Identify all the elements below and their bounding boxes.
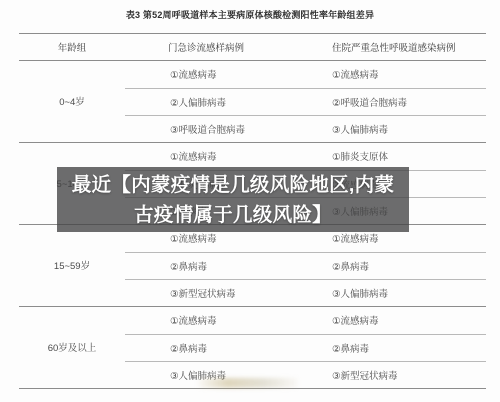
table-title: 表3 第52周呼吸道样本主要病原体核酸检测阳性率年龄组差异 — [0, 8, 500, 21]
headline-overlay-banner: 最近【内蒙疫情是几级风险地区,内蒙 古疫情属于几级风险】 — [57, 167, 409, 232]
inpatient-pathogen-cell: ③新型冠状病毒 — [330, 361, 486, 388]
inpatient-pathogen-cell: ①流感病毒 — [330, 61, 486, 88]
outpatient-pathogen-cell: ③呼吸道合胞病毒 — [125, 115, 330, 142]
header-outpatient-cases: 门急诊流感样病例 — [125, 40, 330, 54]
age-group-cell: 0~4岁 — [19, 61, 125, 142]
age-group-row: 0~4岁①流感病毒①流感病毒②人偏肺病毒②呼吸道合胞病毒③呼吸道合胞病毒③人偏肺… — [19, 61, 486, 143]
screenshot-stage: 表3 第52周呼吸道样本主要病原体核酸检测阳性率年龄组差异 年龄组 门急诊流感样… — [0, 0, 500, 402]
outpatient-pathogen-cell: ②鼻病毒 — [125, 334, 330, 361]
inpatient-pathogen-cell: ①肺炎支原体 — [330, 143, 486, 170]
outpatient-pathogen-cell: ②人偏肺病毒 — [125, 88, 330, 115]
inpatient-pathogen-cell: ②鼻病毒 — [330, 252, 486, 279]
inpatient-pathogen-cell: ②鼻病毒 — [330, 334, 486, 361]
outpatient-pathogen-cell: ③人偏肺病毒 — [125, 361, 330, 388]
headline-line-1: 最近【内蒙疫情是几级风险地区,内蒙 — [72, 170, 395, 200]
header-inpatient-cases: 住院严重急性呼吸道感染病例 — [330, 40, 486, 54]
inpatient-pathogen-cell: ③人偏肺病毒 — [330, 115, 486, 142]
age-group-row: 60岁及以上①流感病毒①流感病毒②鼻病毒②鼻病毒③人偏肺病毒③新型冠状病毒 — [19, 307, 486, 389]
outpatient-pathogen-cell: ①流感病毒 — [125, 61, 330, 88]
outpatient-pathogen-cell: ①流感病毒 — [125, 307, 330, 334]
age-group-cell: 15~59岁 — [19, 225, 125, 306]
outpatient-pathogen-cell: ①流感病毒 — [125, 143, 330, 170]
age-group-row: 15~59岁①流感病毒①流感病毒②鼻病毒②鼻病毒③新型冠状病毒③人偏肺病毒 — [19, 225, 486, 307]
headline-line-2: 古疫情属于几级风险】 — [134, 200, 332, 230]
outpatient-pathogen-cell: ③新型冠状病毒 — [125, 279, 330, 306]
inpatient-pathogen-cell: ①流感病毒 — [330, 307, 486, 334]
header-age-group: 年龄组 — [19, 40, 125, 54]
outpatient-pathogen-cell: ②鼻病毒 — [125, 252, 330, 279]
table-header-row: 年龄组 门急诊流感样病例 住院严重急性呼吸道感染病例 — [19, 33, 486, 61]
age-group-cell: 60岁及以上 — [19, 307, 125, 388]
inpatient-pathogen-cell: ③人偏肺病毒 — [330, 279, 486, 306]
inpatient-pathogen-cell: ②呼吸道合胞病毒 — [330, 88, 486, 115]
